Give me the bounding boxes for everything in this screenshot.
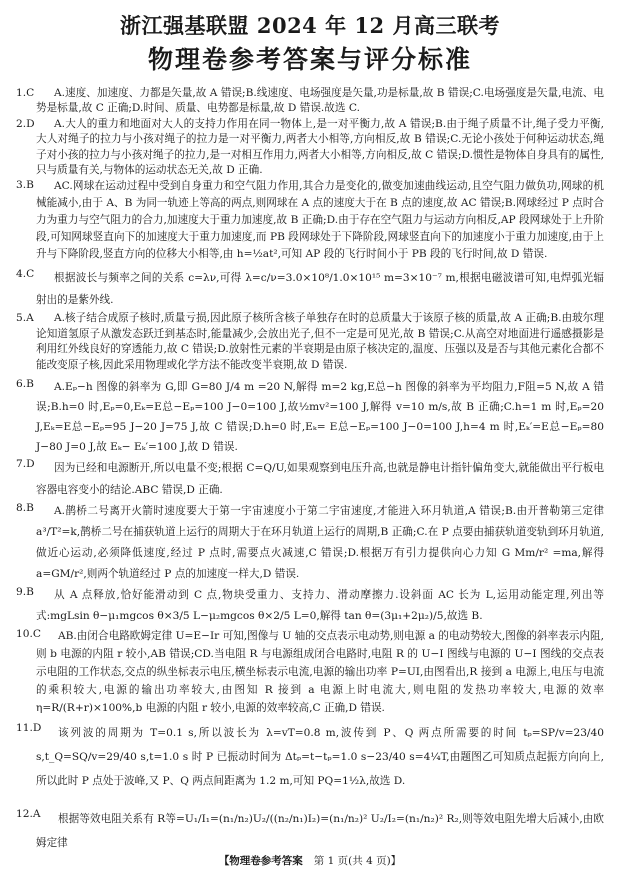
document-subtitle: 物理卷参考答案与评分标准 [0, 40, 620, 76]
answer-explanation: A.核子结合成原子核时,质量亏损,因此原子核所含核子单独存在时的总质量大于该原子… [36, 311, 604, 373]
answer-number: 3.B [16, 178, 34, 193]
answer-item-10: 10.C AB.由闭合电路欧姆定律 U=E−Ir 可知,图像与 U 轴的交点表示… [22, 627, 604, 717]
answer-number: 1.C [16, 86, 34, 101]
answer-number: 2.D [16, 117, 35, 132]
answer-explanation: A.大人的重力和地面对大人的支持力作用在同一物体上,是一对平衡力,故 A 错误;… [36, 117, 604, 179]
answer-number: 10.C [16, 627, 41, 642]
answer-item-11: 11.D 该列波的周期为 T=0.1 s,所以波长为 λ=vT=0.8 m,波传… [22, 721, 604, 793]
answer-number: 9.B [16, 585, 34, 600]
answer-number: 8.B [16, 501, 34, 516]
answer-item-3: 3.B AC.网球在运动过程中受到自身重力和空气阻力作用,其合力是变化的,做变加… [22, 178, 604, 263]
answer-number: 12.A [16, 807, 41, 822]
answer-item-9: 9.B 从 A 点释放,恰好能滑动到 C 点,物块受重力、支持力、滑动摩擦力.设… [22, 585, 604, 627]
answer-explanation: 根据波长与频率之间的关系 c=λν,可得 λ=c/ν=3.0×10⁸/1.0×1… [36, 267, 604, 311]
answer-item-2: 2.D A.大人的重力和地面对大人的支持力作用在同一物体上,是一对平衡力,故 A… [22, 117, 604, 179]
answer-item-12: 12.A 根据等效电阻关系有 R等=U₁/I₁=(n₁/n₂)U₂/((n₂/n… [22, 807, 604, 855]
footer-label: 【物理卷参考答案 [219, 855, 303, 867]
answer-explanation: 从 A 点释放,恰好能滑动到 C 点,物块受重力、支持力、滑动摩擦力.设斜面 A… [36, 585, 604, 627]
answer-explanation: 该列波的周期为 T=0.1 s,所以波长为 λ=vT=0.8 m,波传到 P、Q… [36, 721, 604, 793]
answer-item-5: 5.A A.核子结合成原子核时,质量亏损,因此原子核所含核子单独存在时的总质量大… [22, 311, 604, 373]
answer-number: 4.C [16, 267, 34, 282]
answer-explanation: 根据等效电阻关系有 R等=U₁/I₁=(n₁/n₂)U₂/((n₂/n₁)I₂)… [36, 807, 604, 855]
answer-item-7: 7.D 因为已经和电源断开,所以电量不变;根据 C=Q/U,如果观察到电压升高,… [22, 457, 604, 501]
answer-number: 7.D [16, 457, 35, 472]
answer-explanation: 因为已经和电源断开,所以电量不变;根据 C=Q/U,如果观察到电压升高,也就是静… [36, 457, 604, 501]
answer-list: 1.C A.速度、加速度、力都是矢量,故 A 错误;B.线速度、电场强度是矢量,… [22, 86, 604, 855]
document-page: 浙江强基联盟 2024 年 12 月高三联考 物理卷参考答案与评分标准 1.C … [0, 0, 620, 881]
answer-number: 6.B [16, 377, 34, 392]
answer-explanation: A.Eₚ−h 图像的斜率为 G,即 G=80 J/4 m =20 N,解得 m=… [36, 377, 604, 457]
page-footer: 【物理卷参考答案 第 1 页(共 4 页)】 [0, 853, 620, 868]
page-number: 第 1 页(共 4 页)】 [314, 855, 401, 867]
answer-explanation: A.速度、加速度、力都是矢量,故 A 错误;B.线速度、电场强度是矢量,功是标量… [36, 86, 604, 117]
answer-item-6: 6.B A.Eₚ−h 图像的斜率为 G,即 G=80 J/4 m =20 N,解… [22, 377, 604, 457]
answer-number: 11.D [16, 721, 41, 736]
answer-item-8: 8.B A.鹊桥二号离开火箭时速度要大于第一宇宙速度小于第二宇宙速度,才能进入环… [22, 501, 604, 585]
exam-title: 浙江强基联盟 2024 年 12 月高三联考 [0, 10, 620, 40]
answer-item-4: 4.C 根据波长与频率之间的关系 c=λν,可得 λ=c/ν=3.0×10⁸/1… [22, 267, 604, 311]
answer-explanation: A.鹊桥二号离开火箭时速度要大于第一宇宙速度小于第二宇宙速度,才能进入环月轨道,… [36, 501, 604, 585]
answer-explanation: AC.网球在运动过程中受到自身重力和空气阻力作用,其合力是变化的,做变加速曲线运… [36, 178, 604, 263]
answer-explanation: AB.由闭合电路欧姆定律 U=E−Ir 可知,图像与 U 轴的交点表示电动势,则… [36, 627, 604, 717]
answer-number: 5.A [16, 311, 34, 326]
answer-item-1: 1.C A.速度、加速度、力都是矢量,故 A 错误;B.线速度、电场强度是矢量,… [22, 86, 604, 117]
